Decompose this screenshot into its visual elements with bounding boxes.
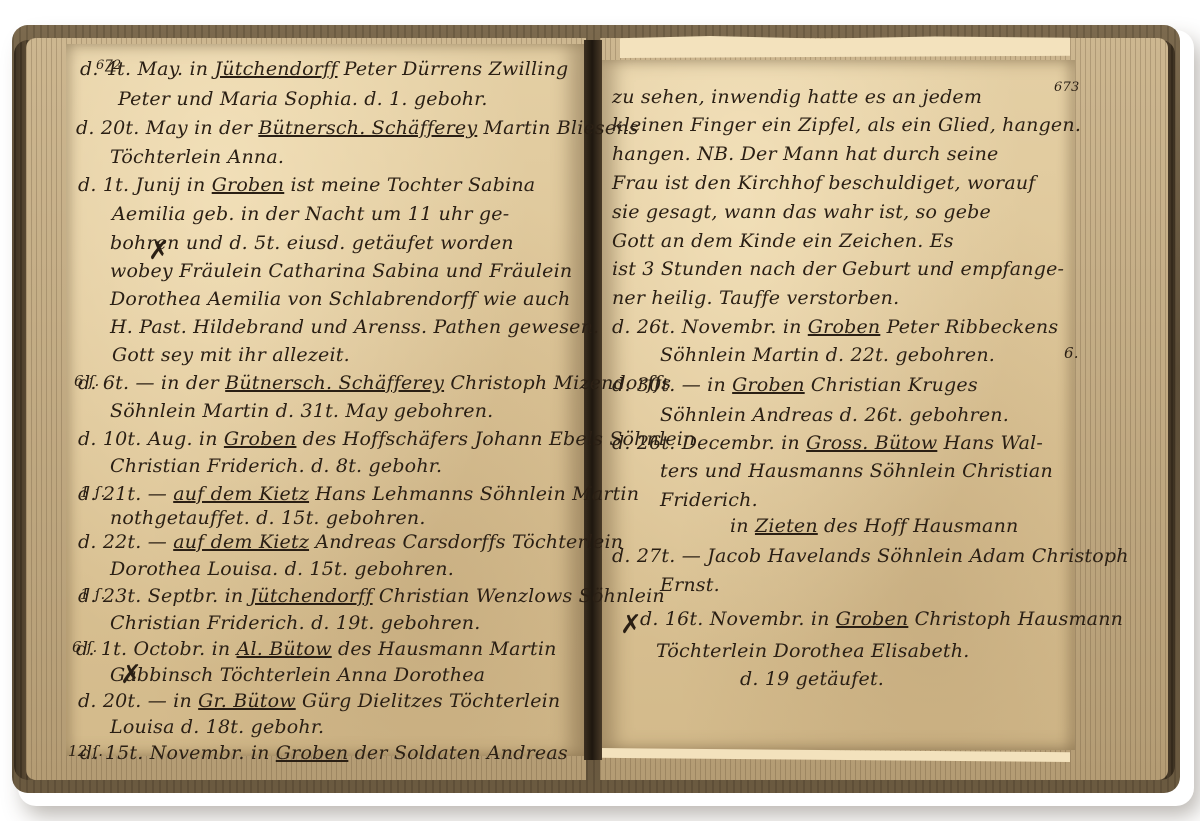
right_page-line: Töchterlein Dorothea Elisabeth. <box>656 640 969 662</box>
place-name: Groben <box>808 316 881 338</box>
left_page-line: Louisa d. 18t. gebohr. <box>110 716 324 738</box>
right_page-line: ters und Hausmanns Söhnlein Christian <box>660 460 1053 482</box>
left_page-line: d. 4t. May. in Jütchendorff Peter Dürren… <box>80 58 568 80</box>
left_page-line: Gott sey mit ihr allezeit. <box>112 344 350 366</box>
place-name: Jütchendorff <box>214 58 337 80</box>
place-name: auf dem Kietz <box>173 531 309 553</box>
right_page-line: d. 27t. — Jacob Havelands Söhnlein Adam … <box>612 545 1129 567</box>
right_page-line: d. 19 getäufet. <box>740 668 884 690</box>
book-gutter <box>584 40 602 760</box>
left_page-line: Christian Friderich. d. 8t. gebohr. <box>110 455 442 477</box>
cross-mark-icon: ✗ <box>148 236 170 266</box>
right_page-line: in Zieten des Hoff Hausmann <box>730 515 1018 537</box>
cross-mark-icon: ✗ <box>620 610 642 640</box>
margin-note: 6 ſ. <box>74 372 99 390</box>
place-name: Bütnersch. Schäfferey <box>258 117 477 139</box>
left_page-line: Christian Friderich. d. 19t. gebohren. <box>110 612 480 634</box>
place-name: Zieten <box>755 515 818 537</box>
left_page-line: d. 20t. — in Gr. Bütow Gürg Dielitzes Tö… <box>78 690 560 712</box>
right_page-line: Frau ist den Kirchhof beschuldiget, wora… <box>612 172 1036 194</box>
right_page-line: d. 26t. Decembr. in Gross. Bütow Hans Wa… <box>612 432 1043 454</box>
right_page-line: zu sehen, inwendig hatte es an jedem <box>612 86 982 108</box>
cross-mark-icon: ✗ <box>120 660 142 690</box>
left_page-line: d. 22t. — auf dem Kietz Andreas Carsdorf… <box>78 531 623 553</box>
left_page-line: Aemilia geb. in der Nacht um 11 uhr ge- <box>112 203 509 225</box>
right_page-line: ner heilig. Tauffe verstorben. <box>612 287 899 309</box>
left_page-line: d. 23t. Septbr. in Jütchendorff Christia… <box>78 585 665 607</box>
margin-note: 12 ſ. <box>68 742 103 760</box>
left_page-line: Peter und Maria Sophia. d. 1. gebohr. <box>118 88 488 110</box>
right_page-line: d. 26t. Novembr. in Groben Peter Ribbeck… <box>612 316 1058 338</box>
left_page-line: d. 15t. Novembr. in Groben der Soldaten … <box>80 742 568 764</box>
left_page-line: d. 1t. Junij in Groben ist meine Tochter… <box>78 174 535 196</box>
left_page-line: Gabbinsch Töchterlein Anna Dorothea <box>110 664 485 686</box>
right_page-line: sie gesagt, wann das wahr ist, so gebe <box>612 201 991 223</box>
place-name: Gr. Bütow <box>198 690 296 712</box>
place-name: Bütnersch. Schäfferey <box>225 372 444 394</box>
left_page-line: Dorothea Aemilia von Schlabrendorff wie … <box>110 288 570 310</box>
place-name: Jütchendorff <box>250 585 373 607</box>
right_page-line: Söhnlein Andreas d. 26t. gebohren. <box>660 404 1009 426</box>
right_page-line: d. 16t. Novembr. in Groben Christoph Hau… <box>640 608 1123 630</box>
left_page-line: Dorothea Louisa. d. 15t. gebohren. <box>110 558 454 580</box>
place-name: Al. Bütow <box>237 638 332 660</box>
torn-paper-strip-top <box>620 36 1070 58</box>
place-name: Groben <box>836 608 909 630</box>
left_page-line: Söhnlein Martin d. 31t. May gebohren. <box>110 400 493 422</box>
left_page-line: d. 10t. Aug. in Groben des Hoffschäfers … <box>78 428 696 450</box>
right_page-line: hangen. NB. Der Mann hat durch seine <box>612 143 998 165</box>
left_page-line: nothgetauffet. d. 15t. gebohren. <box>110 507 426 529</box>
left_page-line: wobey Fräulein Catharina Sabina und Fräu… <box>110 260 572 282</box>
margin-note: 1 ſ. <box>80 483 105 501</box>
left_page-line: bohren und d. 5t. eiusd. getäufet worden <box>110 232 514 254</box>
right-page-number: 673 <box>1054 80 1079 95</box>
book-photo: 672 673 d. 4t. May. in Jütchendorff Pete… <box>0 0 1200 821</box>
margin-note: 1 ſ. <box>80 585 105 603</box>
right_page-line: d. 30t. — in Groben Christian Kruges <box>612 374 978 396</box>
left_page-line: d. 20t. May in der Bütnersch. Schäfferey… <box>76 117 639 139</box>
margin-note: 6. <box>1064 344 1079 362</box>
right_page-line: Ernst. <box>660 574 720 596</box>
place-name: Gross. Bütow <box>806 432 937 454</box>
right_page-line: kleinen Finger ein Zipfel, als ein Glied… <box>612 114 1081 136</box>
place-name: Groben <box>276 742 349 764</box>
place-name: auf dem Kietz <box>173 483 309 505</box>
right_page-line: Friderich. <box>660 489 758 511</box>
place-name: Groben <box>212 174 285 196</box>
left_page-line: H. Past. Hildebrand und Arenss. Pathen g… <box>110 316 599 338</box>
left_page-line: d. 6t. — in der Bütnersch. Schäfferey Ch… <box>78 372 671 394</box>
left_page-line: d. 21t. — auf dem Kietz Hans Lehmanns Sö… <box>78 483 639 505</box>
right_page-line: ist 3 Stunden nach der Geburt und empfan… <box>612 258 1064 280</box>
place-name: Groben <box>224 428 297 450</box>
right_page-line: Gott an dem Kinde ein Zeichen. Es <box>612 230 954 252</box>
margin-note: 6 ſ. <box>72 638 97 656</box>
place-name: Groben <box>732 374 805 396</box>
left_page-line: Töchterlein Anna. <box>110 146 284 168</box>
left_page-line: d. 1t. Octobr. in Al. Bütow des Hausmann… <box>76 638 557 660</box>
right_page-line: Söhnlein Martin d. 22t. gebohren. <box>660 344 995 366</box>
